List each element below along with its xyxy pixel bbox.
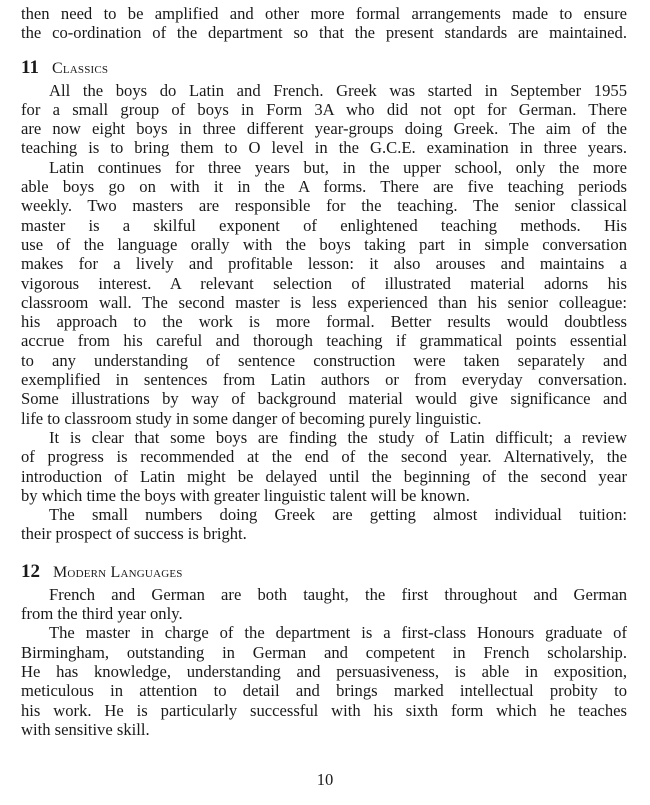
text-line: for a small group of boys in Form 3A who… [21, 100, 627, 119]
text-line: makes for a lively and profitable lesson… [21, 254, 627, 273]
text-line: the co-ordination of the department so t… [21, 23, 627, 42]
text-line: The small numbers doing Greek are gettin… [21, 505, 627, 524]
text-line: by which time the boys with greater ling… [21, 486, 627, 505]
text-line: use of the language orally with the boys… [21, 235, 627, 254]
text-line: vigorous interest. A relevant selection … [21, 274, 627, 293]
text-line: The master in charge of the department i… [21, 623, 627, 642]
paragraph: All the boys do Latin and French. Greek … [21, 81, 627, 158]
text-line: French and German are both taught, the f… [21, 585, 627, 604]
text-line: It is clear that some boys are finding t… [21, 428, 627, 447]
text-line: Birmingham, outstanding in German and co… [21, 643, 627, 662]
text-line: his work. He is particularly successful … [21, 701, 627, 720]
text-line: classroom wall. The second master is les… [21, 293, 627, 312]
section-modern-languages: 12 Modern Languages French and German ar… [21, 561, 627, 739]
text-line: are now eight boys in three different ye… [21, 119, 627, 138]
text-line: his approach to the work is more formal.… [21, 312, 627, 331]
text-line: with sensitive skill. [21, 720, 627, 739]
text-line: weekly. Two masters are responsible for … [21, 196, 627, 215]
text-line: teaching is to bring them to O level in … [21, 138, 627, 157]
text-line: Latin continues for three years but, in … [21, 158, 627, 177]
text-line: master is a skilful exponent of enlighte… [21, 216, 627, 235]
paragraph: Latin continues for three years but, in … [21, 158, 627, 428]
section-heading: 11 Classics [21, 57, 627, 79]
paragraph: French and German are both taught, the f… [21, 585, 627, 624]
text-line: of progress is recommended at the end of… [21, 447, 627, 466]
section-heading: 12 Modern Languages [21, 561, 627, 583]
section-number: 12 [21, 561, 40, 583]
document-page: then need to be amplified and other more… [21, 4, 627, 739]
text-line: their prospect of success is bright. [21, 524, 627, 543]
text-line: introduction of Latin might be delayed u… [21, 467, 627, 486]
text-line: exemplified in sentences from Latin auth… [21, 370, 627, 389]
text-line: able boys go on with it in the A forms. … [21, 177, 627, 196]
section-number: 11 [21, 57, 39, 79]
paragraph: The master in charge of the department i… [21, 623, 627, 739]
text-line: He has knowledge, understanding and pers… [21, 662, 627, 681]
text-line: All the boys do Latin and French. Greek … [21, 81, 627, 100]
paragraph: It is clear that some boys are finding t… [21, 428, 627, 505]
intro-paragraph: then need to be amplified and other more… [21, 4, 627, 43]
text-line: to any understanding of sentence constru… [21, 351, 627, 370]
text-line: from the third year only. [21, 604, 627, 623]
section-classics: 11 Classics All the boys do Latin and Fr… [21, 57, 627, 544]
section-title: Classics [52, 58, 108, 80]
paragraph: The small numbers doing Greek are gettin… [21, 505, 627, 544]
text-line: Some illustrations by way of background … [21, 389, 627, 408]
page-number: 10 [0, 770, 650, 790]
text-line: meticulous in attention to detail and br… [21, 681, 627, 700]
section-title: Modern Languages [53, 562, 183, 584]
text-line: accrue from his careful and thorough tea… [21, 331, 627, 350]
text-line: then need to be amplified and other more… [21, 4, 627, 23]
text-line: life to classroom study in some danger o… [21, 409, 627, 428]
